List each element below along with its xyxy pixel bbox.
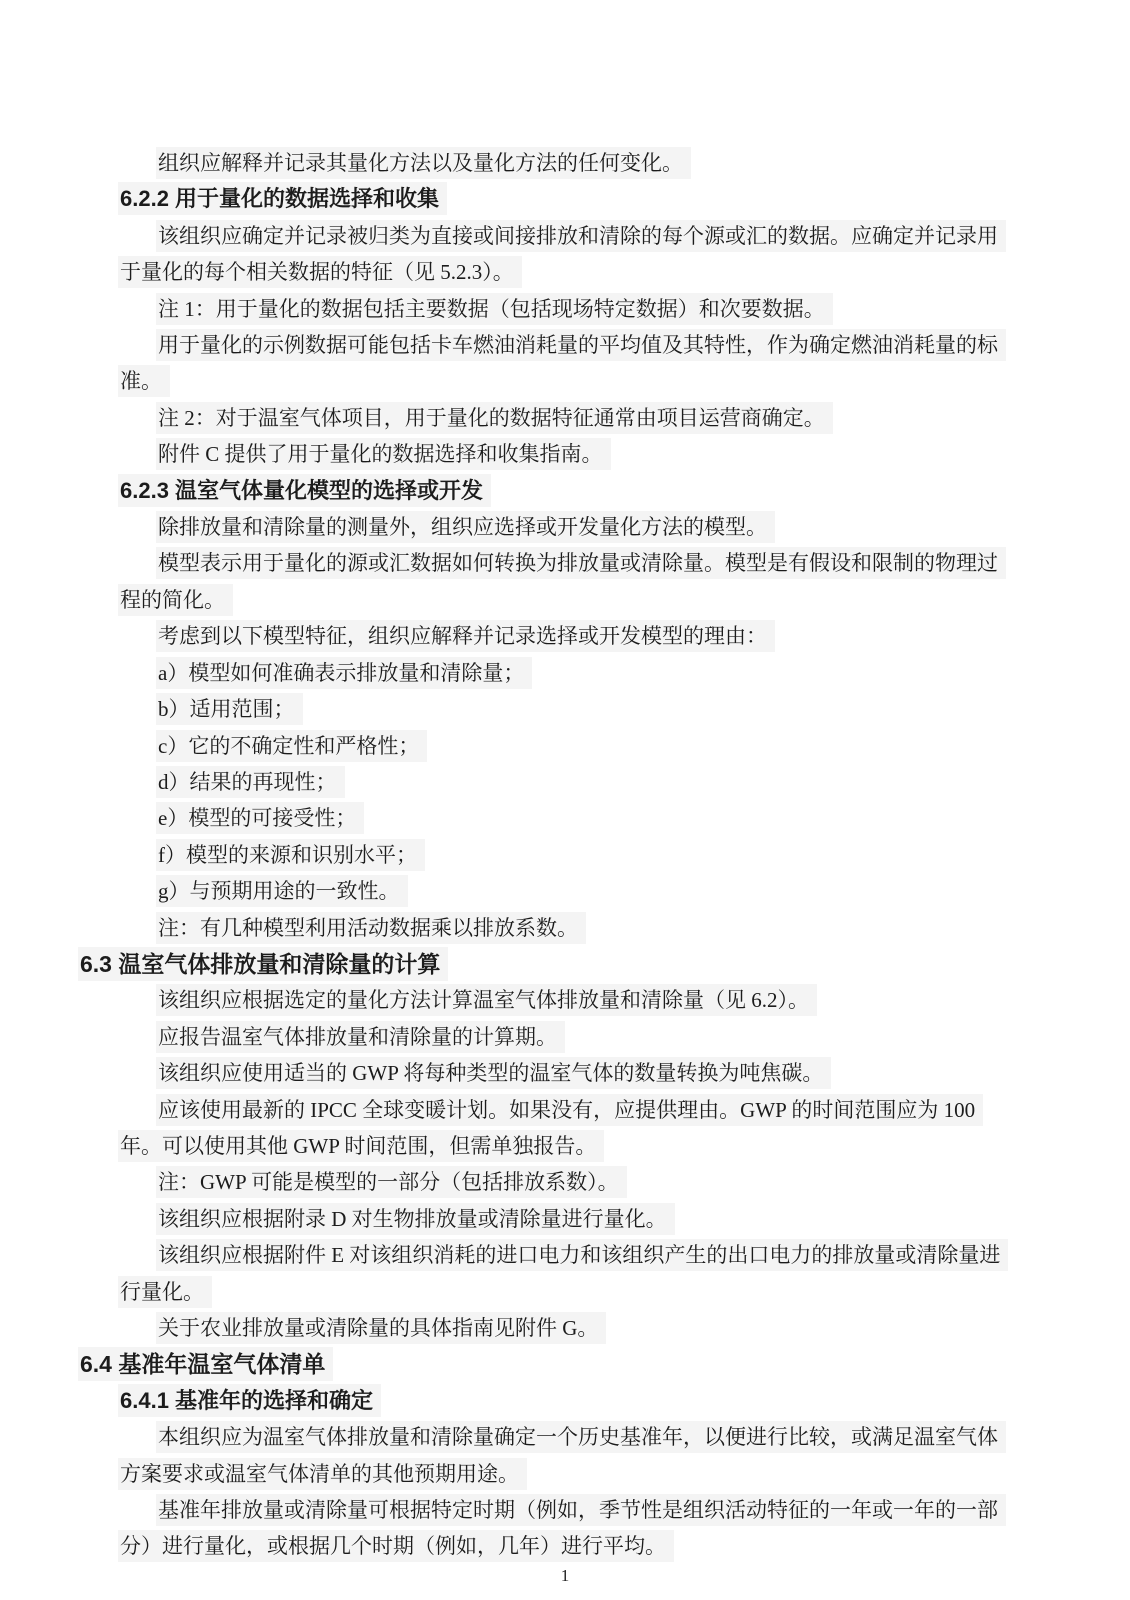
list-item-text: f）模型的来源和识别水平； (156, 839, 425, 871)
list-item-g: g）与预期用途的一致性。 (118, 873, 1014, 909)
list-item-text: e）模型的可接受性； (156, 802, 364, 834)
paragraph-text: 该组织应根据附件 E 对该组织消耗的进口电力和该组织产生的出口电力的排放量或清除… (118, 1239, 1008, 1307)
paragraph: 组织应解释并记录其量化方法以及量化方法的任何变化。 (118, 145, 1014, 181)
section-heading-6-2-2: 6.2.2 用于量化的数据选择和收集 (118, 181, 1014, 217)
paragraph-text: 该组织应根据选定的量化方法计算温室气体排放量和清除量（见 6.2）。 (156, 984, 817, 1016)
list-item-text: b）适用范围； (156, 693, 303, 725)
heading-text: 6.2.2 用于量化的数据选择和收集 (118, 182, 447, 215)
note-text: 注 1：用于量化的数据包括主要数据（包括现场特定数据）和次要数据。 (156, 293, 833, 325)
paragraph-text: 用于量化的示例数据可能包括卡车燃油消耗量的平均值及其特性，作为确定燃油消耗量的标… (118, 329, 1006, 397)
list-item-e: e）模型的可接受性； (118, 800, 1014, 836)
note-text: 注：有几种模型利用活动数据乘以排放系数。 (156, 912, 586, 944)
section-heading-6-4: 6.4 基准年温室气体清单 (78, 1346, 1014, 1382)
paragraph-text: 组织应解释并记录其量化方法以及量化方法的任何变化。 (156, 147, 691, 179)
paragraph-text: 附件 C 提供了用于量化的数据选择和收集指南。 (156, 438, 611, 470)
list-item-d: d）结果的再现性； (118, 764, 1014, 800)
document-page: 组织应解释并记录其量化方法以及量化方法的任何变化。 6.2.2 用于量化的数据选… (118, 145, 1014, 1565)
paragraph-text: 除排放量和清除量的测量外，组织应选择或开发量化方法的模型。 (156, 511, 775, 543)
page-footer: 1 (0, 1566, 1130, 1586)
note-paragraph: 注：GWP 可能是模型的一部分（包括排放系数）。 (118, 1164, 1014, 1200)
paragraph: 应报告温室气体排放量和清除量的计算期。 (118, 1019, 1014, 1055)
paragraph-text: 该组织应根据附录 D 对生物排放量或清除量进行量化。 (156, 1203, 675, 1235)
paragraph: 除排放量和清除量的测量外，组织应选择或开发量化方法的模型。 (118, 509, 1014, 545)
list-item-c: c）它的不确定性和严格性； (118, 728, 1014, 764)
heading-text: 6.2.3 温室气体量化模型的选择或开发 (118, 474, 491, 507)
paragraph-text: 该组织应使用适当的 GWP 将每种类型的温室气体的数量转换为吨焦碳。 (156, 1057, 831, 1089)
list-item-a: a）模型如何准确表示排放量和清除量； (118, 655, 1014, 691)
page-number: 1 (561, 1566, 570, 1585)
paragraph: 基准年排放量或清除量可根据特定时期（例如，季节性是组织活动特征的一年或一年的一部… (118, 1492, 1014, 1565)
paragraph: 考虑到以下模型特征，组织应解释并记录选择或开发模型的理由： (118, 618, 1014, 654)
list-item-text: d）结果的再现性； (156, 766, 345, 798)
paragraph: 该组织应根据附件 E 对该组织消耗的进口电力和该组织产生的出口电力的排放量或清除… (118, 1237, 1014, 1310)
paragraph-text: 关于农业排放量或清除量的具体指南见附件 G。 (156, 1312, 606, 1344)
section-heading-6-4-1: 6.4.1 基准年的选择和确定 (118, 1383, 1014, 1419)
note-text: 注：GWP 可能是模型的一部分（包括排放系数）。 (156, 1166, 627, 1198)
section-heading-6-2-3: 6.2.3 温室气体量化模型的选择或开发 (118, 473, 1014, 509)
paragraph: 该组织应使用适当的 GWP 将每种类型的温室气体的数量转换为吨焦碳。 (118, 1055, 1014, 1091)
paragraph: 关于农业排放量或清除量的具体指南见附件 G。 (118, 1310, 1014, 1346)
paragraph-text: 基准年排放量或清除量可根据特定时期（例如，季节性是组织活动特征的一年或一年的一部… (118, 1494, 1006, 1562)
note-paragraph: 注 1：用于量化的数据包括主要数据（包括现场特定数据）和次要数据。 (118, 291, 1014, 327)
paragraph: 该组织应根据选定的量化方法计算温室气体排放量和清除量（见 6.2）。 (118, 982, 1014, 1018)
section-heading-6-3: 6.3 温室气体排放量和清除量的计算 (78, 946, 1014, 982)
paragraph: 附件 C 提供了用于量化的数据选择和收集指南。 (118, 436, 1014, 472)
list-item-text: a）模型如何准确表示排放量和清除量； (156, 657, 532, 689)
paragraph: 该组织应根据附录 D 对生物排放量或清除量进行量化。 (118, 1201, 1014, 1237)
note-paragraph: 注 2：对于温室气体项目，用于量化的数据特征通常由项目运营商确定。 (118, 400, 1014, 436)
paragraph: 该组织应确定并记录被归类为直接或间接排放和清除的每个源或汇的数据。应确定并记录用… (118, 218, 1014, 291)
paragraph: 本组织应为温室气体排放量和清除量确定一个历史基准年，以便进行比较，或满足温室气体… (118, 1419, 1014, 1492)
paragraph-text: 该组织应确定并记录被归类为直接或间接排放和清除的每个源或汇的数据。应确定并记录用… (118, 220, 1006, 288)
paragraph-text: 本组织应为温室气体排放量和清除量确定一个历史基准年，以便进行比较，或满足温室气体… (118, 1421, 1006, 1489)
note-paragraph: 注：有几种模型利用活动数据乘以排放系数。 (118, 910, 1014, 946)
paragraph-text: 应该使用最新的 IPCC 全球变暖计划。如果没有，应提供理由。GWP 的时间范围… (118, 1094, 983, 1162)
paragraph: 模型表示用于量化的源或汇数据如何转换为排放量或清除量。模型是有假设和限制的物理过… (118, 545, 1014, 618)
note-text: 注 2：对于温室气体项目，用于量化的数据特征通常由项目运营商确定。 (156, 402, 833, 434)
paragraph: 应该使用最新的 IPCC 全球变暖计划。如果没有，应提供理由。GWP 的时间范围… (118, 1092, 1014, 1165)
heading-text: 6.3 温室气体排放量和清除量的计算 (78, 947, 448, 981)
list-item-text: g）与预期用途的一致性。 (156, 875, 408, 907)
list-item-f: f）模型的来源和识别水平； (118, 837, 1014, 873)
heading-text: 6.4 基准年温室气体清单 (78, 1347, 333, 1381)
paragraph: 用于量化的示例数据可能包括卡车燃油消耗量的平均值及其特性，作为确定燃油消耗量的标… (118, 327, 1014, 400)
paragraph-text: 模型表示用于量化的源或汇数据如何转换为排放量或清除量。模型是有假设和限制的物理过… (118, 547, 1006, 615)
paragraph-text: 应报告温室气体排放量和清除量的计算期。 (156, 1021, 565, 1053)
list-item-b: b）适用范围； (118, 691, 1014, 727)
list-item-text: c）它的不确定性和严格性； (156, 730, 427, 762)
paragraph-text: 考虑到以下模型特征，组织应解释并记录选择或开发模型的理由： (156, 620, 775, 652)
heading-text: 6.4.1 基准年的选择和确定 (118, 1384, 381, 1417)
